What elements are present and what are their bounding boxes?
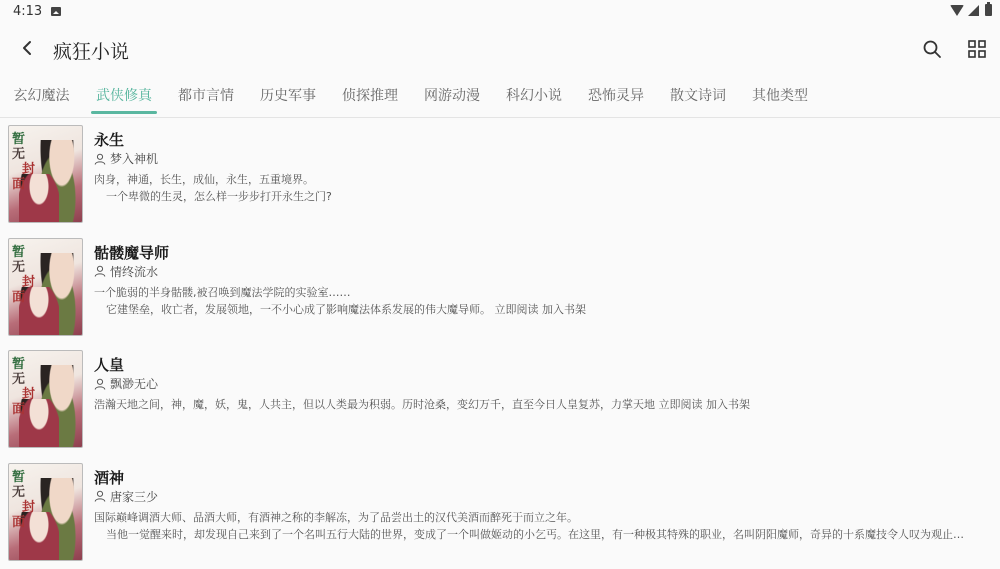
book-title: 永生	[94, 129, 124, 150]
cover-placeholder-text: 暂无封面	[12, 132, 42, 192]
book-author: 情终流水	[94, 263, 158, 280]
book-author: 飘渺无心	[94, 375, 158, 392]
book-description: 国际巅峰调酒大师、品酒大师，有酒神之称的李解冻，为了品尝出土的汉代美酒而醉死于而…	[94, 509, 989, 543]
book-list-item[interactable]: 暂无封面 酒神 唐家三少 国际巅峰调酒大师、品酒大师，有酒神之称的李解冻，为了品…	[0, 457, 1000, 563]
tab-label: 科幻小说	[506, 88, 562, 104]
tab-label: 其他类型	[752, 88, 808, 104]
tab-xuanhuan[interactable]: 玄幻魔法	[0, 78, 83, 116]
person-icon	[94, 153, 106, 165]
desc-line: 一个脆弱的半身骷髅,被召唤到魔法学院的实验室……	[94, 284, 989, 301]
page-title: 疯狂小说	[53, 37, 129, 64]
back-icon[interactable]	[18, 38, 38, 58]
book-title: 酒神	[94, 467, 124, 488]
book-title: 人皇	[94, 354, 124, 375]
app-bar: 疯狂小说	[0, 24, 1000, 76]
tab-kehuan[interactable]: 科幻小说	[493, 78, 575, 116]
tab-qita[interactable]: 其他类型	[739, 78, 821, 116]
tab-label: 武侠修真	[96, 88, 152, 104]
desc-line: 国际巅峰调酒大师、品酒大师，有酒神之称的李解冻，为了品尝出土的汉代美酒而醉死于而…	[94, 509, 989, 526]
author-name: 梦入神机	[110, 150, 158, 167]
author-name: 唐家三少	[110, 488, 158, 505]
book-description: 浩瀚天地之间，神，魔，妖，鬼，人共主，但以人类最为积弱。历时沧桑，变幻万千，直至…	[94, 396, 989, 413]
book-list-item[interactable]: 暂无封面 永生 梦入神机 肉身，神通，长生，成仙，永生，五重境界。 一个卑微的生…	[0, 119, 1000, 232]
book-list-item[interactable]: 暂无封面 人皇 飘渺无心 浩瀚天地之间，神，魔，妖，鬼，人共主，但以人类最为积弱…	[0, 344, 1000, 457]
signal-icon	[968, 5, 979, 16]
desc-line: 当他一觉醒来时，却发现自己来到了一个名叫五行大陆的世界，变成了一个叫做姬动的小乞…	[94, 526, 989, 543]
tab-sanwen[interactable]: 散文诗词	[657, 78, 739, 116]
book-cover: 暂无封面	[8, 238, 83, 336]
book-author: 梦入神机	[94, 150, 158, 167]
author-name: 情终流水	[110, 263, 158, 280]
desc-line: 肉身，神通，长生，成仙，永生，五重境界。	[94, 171, 989, 188]
tab-label: 历史军事	[260, 88, 316, 104]
book-cover: 暂无封面	[8, 350, 83, 448]
book-list: 暂无封面 永生 梦入神机 肉身，神通，长生，成仙，永生，五重境界。 一个卑微的生…	[0, 119, 1000, 562]
desc-line: 浩瀚天地之间，神，魔，妖，鬼，人共主，但以人类最为积弱。历时沧桑，变幻万千，直至…	[94, 396, 989, 413]
tab-wangyou[interactable]: 网游动漫	[411, 78, 493, 116]
wifi-icon	[950, 5, 964, 16]
search-icon[interactable]	[922, 39, 942, 59]
category-tabs: 玄幻魔法 武侠修真 都市言情 历史军事 侦探推理 网游动漫 科幻小说 恐怖灵异 …	[0, 78, 1000, 118]
desc-line: 一个卑微的生灵，怎么样一步步打开永生之门?	[94, 188, 989, 205]
image-notification-icon	[51, 7, 61, 16]
book-description: 肉身，神通，长生，成仙，永生，五重境界。 一个卑微的生灵，怎么样一步步打开永生之…	[94, 171, 989, 205]
person-icon	[94, 378, 106, 390]
book-cover: 暂无封面	[8, 125, 83, 223]
tab-lishi[interactable]: 历史军事	[247, 78, 329, 116]
desc-line: 它建堡垒，收亡者，发展领地，一不小心成了影响魔法体系发展的伟大魔导师。 立即阅读…	[94, 301, 989, 318]
cover-placeholder-text: 暂无封面	[12, 357, 42, 417]
tab-label: 散文诗词	[670, 88, 726, 104]
book-description: 一个脆弱的半身骷髅,被召唤到魔法学院的实验室…… 它建堡垒，收亡者，发展领地，一…	[94, 284, 989, 318]
cover-placeholder-text: 暂无封面	[12, 470, 42, 530]
tab-label: 玄幻魔法	[14, 88, 70, 104]
tab-wuxia[interactable]: 武侠修真	[83, 78, 165, 116]
book-author: 唐家三少	[94, 488, 158, 505]
tab-label: 侦探推理	[342, 88, 398, 104]
book-list-item[interactable]: 暂无封面 骷髅魔导师 情终流水 一个脆弱的半身骷髅,被召唤到魔法学院的实验室………	[0, 232, 1000, 345]
tab-dushi[interactable]: 都市言情	[165, 78, 247, 116]
person-icon	[94, 265, 106, 277]
tab-label: 网游动漫	[424, 88, 480, 104]
status-icons	[950, 4, 992, 16]
tab-zhentan[interactable]: 侦探推理	[329, 78, 411, 116]
tab-kongbu[interactable]: 恐怖灵异	[575, 78, 657, 116]
status-bar: 4:13	[0, 0, 1000, 24]
tab-label: 都市言情	[178, 88, 234, 104]
cover-placeholder-text: 暂无封面	[12, 245, 42, 305]
book-title: 骷髅魔导师	[94, 242, 169, 263]
battery-icon	[985, 4, 992, 16]
grid-view-icon[interactable]	[968, 40, 986, 58]
status-time: 4:13	[13, 4, 42, 19]
person-icon	[94, 490, 106, 502]
author-name: 飘渺无心	[110, 375, 158, 392]
tab-label: 恐怖灵异	[588, 88, 644, 104]
book-cover: 暂无封面	[8, 463, 83, 561]
